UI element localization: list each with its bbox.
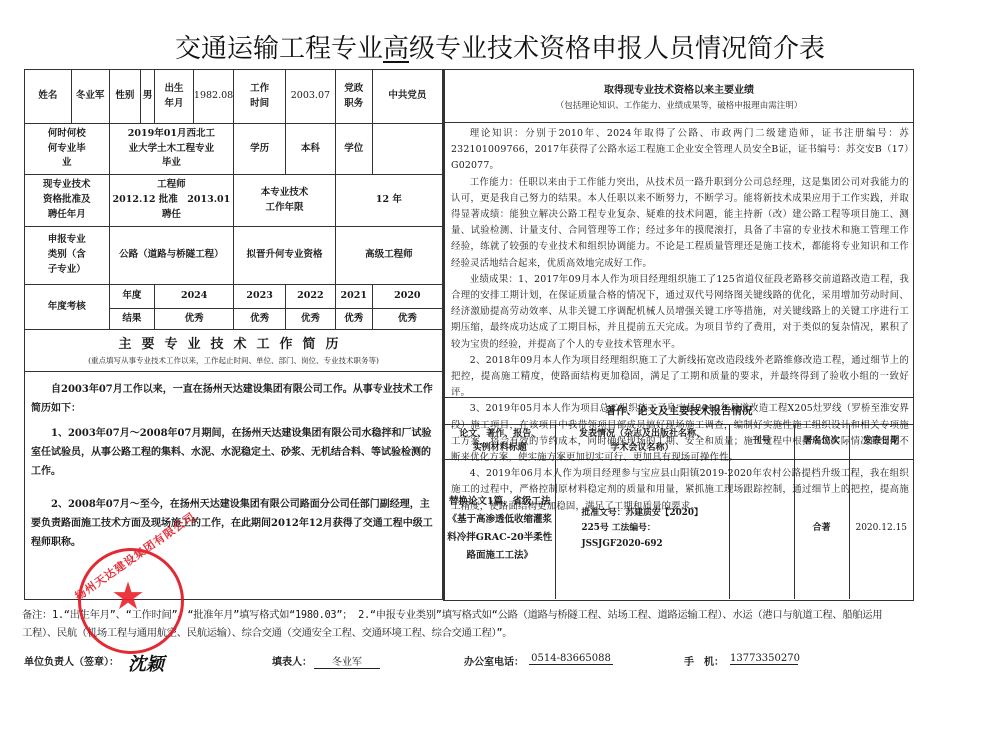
achievements-header: 取得现专业技术资格以来主要业绩 （包括理论知识、工作能力、业绩成果等，破格申报理… [445, 70, 913, 123]
degree-label: 学位 [335, 124, 372, 175]
grad-value: 2019年01月西北工业大学土木工程专业毕业 [109, 124, 234, 175]
assessment-result: 优秀 [285, 309, 335, 330]
basic-info-table: 姓名 冬业军 性别 男 出生年月 1982.08 工作时间 2003.07 党政… [24, 69, 443, 600]
resume-paragraph: 2、2008年07月～至今，在扬州天达建设集团有限公司路面分公司任部门副经理，主… [31, 495, 438, 552]
achievements-subheading: （包括理论知识、工作能力、业绩成果等，破格申报理由需注明） [445, 99, 913, 113]
target-label: 拟晋升何专业资格 [234, 227, 336, 285]
achievement-paragraph: 理论知识：分别于2010年、2024年取得了公路、市政两门二级建造师，证书注册编… [451, 126, 909, 175]
mobile-label: 手 机： [684, 653, 724, 668]
category-label: 申报专业类别（含子专业） [25, 227, 110, 285]
assessment-year: 2024 [155, 285, 234, 309]
party-value: 中共党员 [372, 70, 442, 124]
achievements-body: 理论知识：分别于2010年、2024年取得了公路、市政两门二级建造师，证书注册编… [445, 123, 913, 398]
achievement-paragraph: 业绩成果：1、2017年09月本人作为项目经理组织施工了125省道仪征段老路移交… [451, 272, 909, 353]
assessment-year: 2020 [372, 285, 442, 309]
education-value: 本科 [285, 124, 335, 175]
assessment-result: 优秀 [335, 309, 372, 330]
achievements-heading: 取得现专业技术资格以来主要业绩 [445, 82, 913, 99]
notes: 备注：1.“出生年月”、“工作时间”、“批准年月”填写格式如“1980.03”；… [22, 606, 982, 642]
party-label: 党政职务 [335, 70, 372, 124]
title-level: 高 [383, 34, 409, 64]
resume-paragraph: 自2003年07月工作以来，一直在扬州天达建设集团有限公司工作。从事专业技术工作… [31, 380, 438, 418]
assessment-result: 优秀 [155, 309, 234, 330]
office-phone-label: 办公室电话： [464, 653, 524, 668]
target-value: 高级工程师 [335, 227, 442, 285]
assessment-result: 优秀 [234, 309, 286, 330]
resume-body: 自2003年07月工作以来，一直在扬州天达建设集团有限公司工作。从事专业技术工作… [25, 372, 443, 600]
years-value: 12 年 [335, 175, 442, 227]
mobile-value: 13773350270 [730, 653, 798, 665]
notes-line: 工程）、民航（机场工程与通用航空、民航运输）、综合交通（交通安全工程、交通环境工… [22, 624, 982, 642]
office-phone-value: 0514-83665088 [529, 653, 613, 665]
notes-line: 备注：1.“出生年月”、“工作时间”、“批准年月”填写格式如“1980.03”；… [22, 606, 982, 624]
achievements-panel: 取得现专业技术资格以来主要业绩 （包括理论知识、工作能力、业绩成果等，破格申报理… [443, 69, 914, 601]
title-prefix: 交通运输工程专业 [175, 34, 383, 64]
grad-label: 何时何校何专业毕业 [25, 124, 110, 175]
filler-value: 冬业军 [314, 653, 380, 669]
assessment-year: 2022 [285, 285, 335, 309]
current-title-dates: 2012.12 批准 2013.01 聘任 [110, 193, 234, 222]
assessment-year: 2023 [234, 285, 286, 309]
title-suffix: 级专业技术资格申报人员情况简介表 [409, 34, 825, 64]
assessment-result-label: 结果 [109, 309, 155, 330]
degree-value [372, 124, 442, 175]
gender-label: 性别 [109, 70, 141, 124]
gender-value: 男 [141, 70, 155, 124]
assessment-result: 优秀 [372, 309, 442, 330]
work-start-label: 工作时间 [234, 70, 286, 124]
assessment-year: 2021 [335, 285, 372, 309]
category-value: 公路（道路与桥隧工程） [109, 227, 234, 285]
resume-header: 主要专业技术工作简历 (重点填写从事专业技术工作以来，工作起止时间、单位、部门、… [25, 330, 443, 372]
page-title: 交通运输工程专业高级专业技术资格申报人员情况简介表 [0, 28, 1000, 65]
education-label: 学历 [234, 124, 286, 175]
name-label: 姓名 [25, 70, 72, 124]
resume-paragraph: 1、2003年07月～2008年07月期间，在扬州天达建设集团有限公司水稳拌和厂… [31, 424, 438, 481]
signature: 沈颖 [128, 650, 164, 676]
assessment-label: 年度考核 [25, 285, 110, 330]
current-title: 工程师 [110, 178, 234, 193]
birth-value: 1982.08 [193, 70, 233, 124]
birth-label: 出生年月 [155, 70, 194, 124]
achievement-paragraph: 2、2018年09月本人作为项目经理组织施工了大新线拓宽改造段线外老路维修改造工… [451, 353, 909, 402]
resume-subheading: (重点填写从事专业技术工作以来，工作起止时间、单位、部门、岗位、专业技术职务等) [25, 355, 442, 367]
resume-heading: 主要专业技术工作简历 [25, 335, 442, 355]
assessment-year-label: 年度 [109, 285, 155, 309]
name-value: 冬业军 [71, 70, 109, 124]
filler-label: 填表人： [272, 653, 312, 668]
current-title-label: 现专业技术资格批准及聘任年月 [25, 175, 110, 227]
achievement-paragraph: 工作能力：任职以来由于工作能力突出，从技术员一路升职到分公司总经理，这是集团公司… [451, 175, 909, 272]
current-title-value: 工程师 2012.12 批准 2013.01 聘任 [109, 175, 234, 227]
years-label: 本专业技术工作年限 [234, 175, 336, 227]
unit-head-label: 单位负责人（签章）： [24, 653, 119, 668]
work-start-value: 2003.07 [285, 70, 335, 124]
